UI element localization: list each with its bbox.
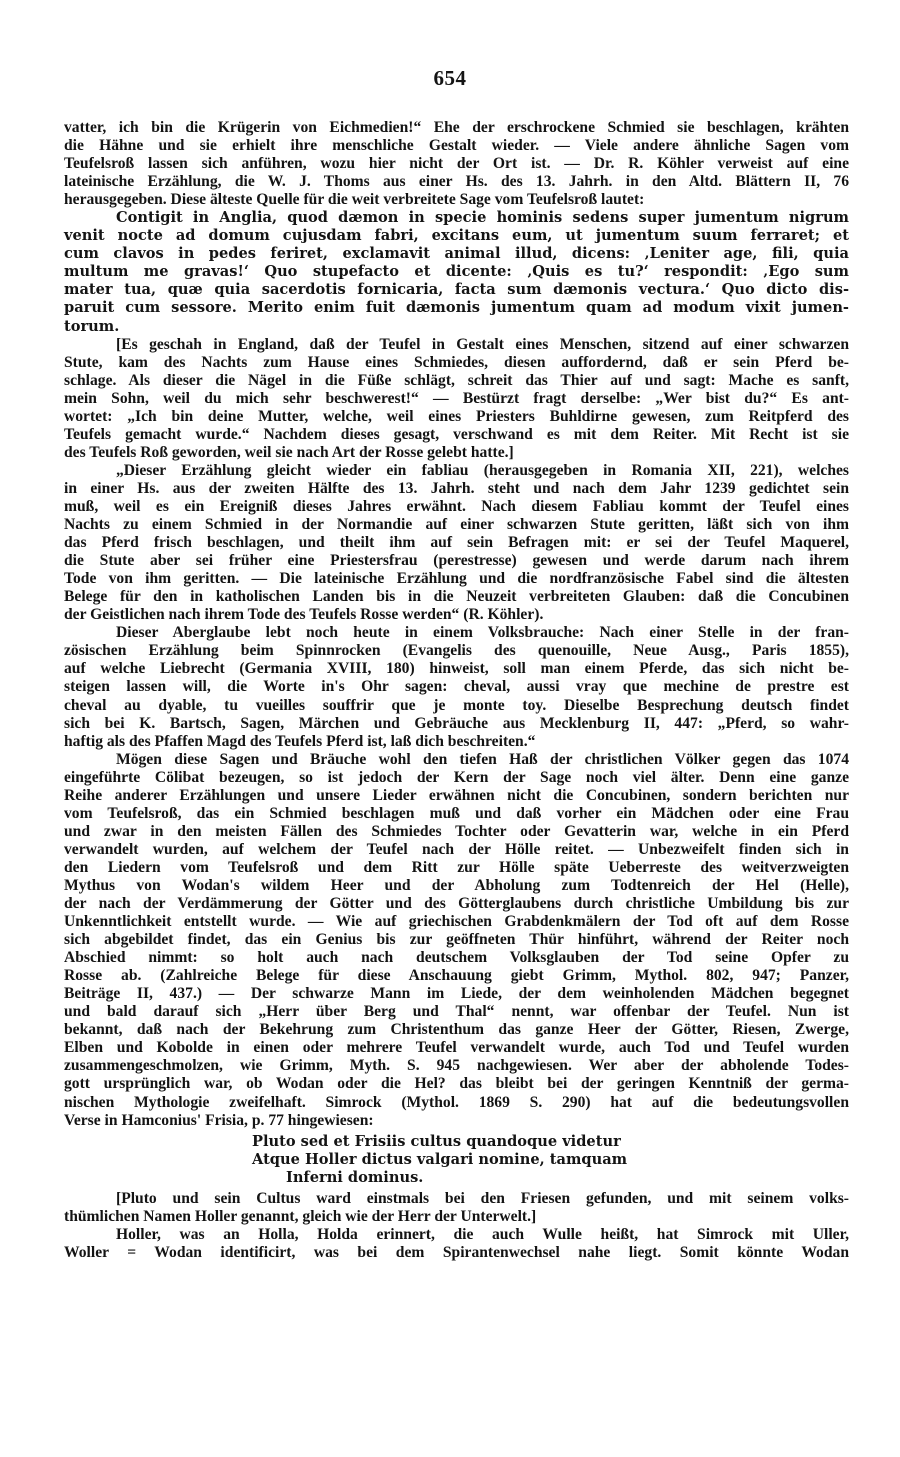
text-line: Reihe anderer Erzählungen und unsere Lie… bbox=[64, 787, 849, 805]
text-line: mein Sohn, weil du mich sehr beschwerest… bbox=[64, 390, 849, 408]
text-line: zösischen Erzählung beim Spinnrocken (Ev… bbox=[64, 642, 849, 660]
text-line: gott ursprünglich war, ob Wodan oder die… bbox=[64, 1075, 849, 1093]
text-line: bekannt, daß nach der Bekehrung zum Chri… bbox=[64, 1021, 849, 1039]
text-line: vom Teufelsroß, das ein Schmied beschlag… bbox=[64, 805, 849, 823]
text-line: cum clavos in pedes feriret, exclamavit … bbox=[64, 245, 849, 263]
text-line: die Hähne und sie erhielt ihre menschlic… bbox=[64, 137, 849, 155]
text-line: [Pluto und sein Cultus ward einstmals be… bbox=[64, 1190, 849, 1208]
text-line: Abschied nimmt: so holt auch nach deutsc… bbox=[64, 949, 849, 967]
text-line: haftig als des Pfaffen Magd des Teufels … bbox=[64, 733, 849, 751]
text-line: Teufels gemacht wurde.“ Nachdem dieses g… bbox=[64, 426, 849, 444]
page-number: 654 bbox=[0, 66, 900, 91]
text-line: nischen Mythologie zweifelhaft. Simrock … bbox=[64, 1094, 849, 1112]
text-line: Belege für den in katholischen Landen bi… bbox=[64, 588, 849, 606]
text-line: wortet: „Ich bin deine Mutter, welche, w… bbox=[64, 408, 849, 426]
text-line: Stute, kam des Nachts zum Hause eines Sc… bbox=[64, 354, 849, 372]
text-line: vatter, ich bin die Krügerin von Eichmed… bbox=[64, 119, 849, 137]
text-line: eingeführte Cölibat bezeugen, so ist jed… bbox=[64, 769, 849, 787]
verse-line: Atque Holler dictus valgari nomine, tamq… bbox=[64, 1151, 849, 1169]
text-line: mater tua, quæ quia sacerdotis fornicari… bbox=[64, 281, 849, 299]
text-line: Woller = Wodan identificirt, was bei dem… bbox=[64, 1244, 849, 1262]
text-line: Elben und Kobolde in einen oder mehrere … bbox=[64, 1039, 849, 1057]
text-line: Dieser Aberglaube lebt noch heute in ein… bbox=[64, 624, 849, 642]
text-line: Unkenntlichkeit entstellt wurde. — Wie a… bbox=[64, 913, 849, 931]
text-line: schlage. Als dieser die Nägel in die Füß… bbox=[64, 372, 849, 390]
text-line: zusammengeschmolzen, wie Grimm, Myth. S.… bbox=[64, 1057, 849, 1075]
text-line: den Liedern vom Teufelsroß und dem Ritt … bbox=[64, 859, 849, 877]
text-line: die Stute aber sei früher eine Priesters… bbox=[64, 552, 849, 570]
text-line: thümlichen Namen Holler genannt, gleich … bbox=[64, 1208, 849, 1226]
text-line: Verse in Hamconius' Frisia, p. 77 hingew… bbox=[64, 1112, 849, 1130]
text-line: Mythus von Wodan's wildem Heer und der A… bbox=[64, 877, 849, 895]
text-line: Holler, was an Holla, Holda erinnert, di… bbox=[64, 1226, 849, 1244]
text-line: Tode von ihm geritten. — Die lateinische… bbox=[64, 570, 849, 588]
text-line: der Geistlichen nach ihrem Tode des Teuf… bbox=[64, 606, 849, 624]
text-line: cheval au dyable, tu vueilles souffrir q… bbox=[64, 697, 849, 715]
verse-line: Inferni dominus. bbox=[64, 1169, 849, 1187]
text-line: muß, weil es ein Ereigniß dieses Jahres … bbox=[64, 498, 849, 516]
text-line: herausgegeben. Diese älteste Quelle für … bbox=[64, 191, 849, 209]
text-line: in einer Hs. aus der zweiten Hälfte des … bbox=[64, 480, 849, 498]
text-line: steigen lassen will, die Worte in's Ohr … bbox=[64, 678, 849, 696]
text-line: des Teufels Roß geworden, weil sie nach … bbox=[64, 444, 849, 462]
text-line: auf welche Liebrecht (Germania XVIII, 18… bbox=[64, 660, 849, 678]
text-line: Mögen diese Sagen und Bräuche wohl den t… bbox=[64, 751, 849, 769]
text-line: Nachts zu einem Schmied in der Normandie… bbox=[64, 516, 849, 534]
text-line: torum. bbox=[64, 318, 849, 336]
text-line: verwandelt wurden, auf welchem der Teufe… bbox=[64, 841, 849, 859]
text-line: „Dieser Erzählung gleicht wieder ein fab… bbox=[64, 462, 849, 480]
text-line: der nach der Verdämmerung der Götter und… bbox=[64, 895, 849, 913]
verse-line: Pluto sed et Frisiis cultus quandoque vi… bbox=[64, 1133, 849, 1151]
text-line: und bald darauf sich „Herr über Berg und… bbox=[64, 1003, 849, 1021]
text-line: Beiträge II, 437.) — Der schwarze Mann i… bbox=[64, 985, 849, 1003]
text-line: paruit cum sessore. Merito enim fuit dæm… bbox=[64, 299, 849, 317]
text-line: sich abgebildet findet, das ein Genius b… bbox=[64, 931, 849, 949]
text-line: und zwar in den meisten Fällen des Schmi… bbox=[64, 823, 849, 841]
page-body-text: vatter, ich bin die Krügerin von Eichmed… bbox=[64, 119, 849, 1262]
text-line: multum me gravas!‘ Quo stupefacto et dic… bbox=[64, 263, 849, 281]
text-line: Rosse ab. (Zahlreiche Belege für diese A… bbox=[64, 967, 849, 985]
text-line: venit nocte ad domum cujusdam fabri, exc… bbox=[64, 227, 849, 245]
text-line: [Es geschah in England, daß der Teufel i… bbox=[64, 336, 849, 354]
text-line: Teufelsroß lassen sich anführen, wozu hi… bbox=[64, 155, 849, 173]
text-line: lateinische Erzählung, die W. J. Thoms a… bbox=[64, 173, 849, 191]
text-line: sich bei K. Bartsch, Sagen, Märchen und … bbox=[64, 715, 849, 733]
text-line: Contigit in Anglia, quod dæmon in specie… bbox=[64, 209, 849, 227]
text-line: das Pferd frisch beschlagen, und theilt … bbox=[64, 534, 849, 552]
